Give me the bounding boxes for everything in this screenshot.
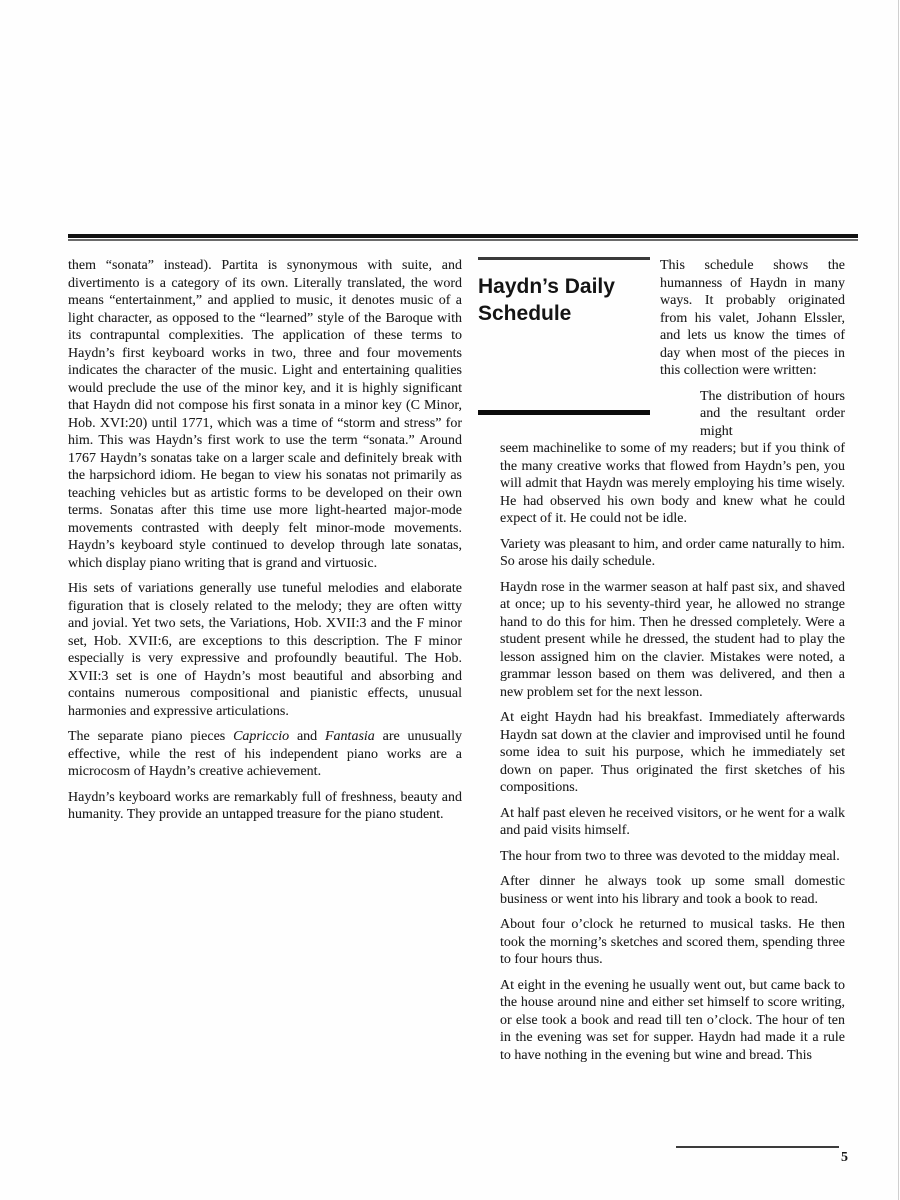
paragraph-keyboard-works: Haydn’s keyboard works are remarkably fu… xyxy=(68,789,462,824)
paragraph-evening: At eight in the evening he usually went … xyxy=(500,977,845,1065)
section-heading: Haydn’s Daily Schedule xyxy=(478,273,650,327)
paragraph-midday-meal: The hour from two to three was devoted t… xyxy=(500,848,845,866)
scan-edge-line xyxy=(898,0,899,1200)
paragraph-text: The separate piano pieces xyxy=(68,729,233,744)
paragraph-variety: Variety was pleasant to him, and order c… xyxy=(500,536,845,571)
scanned-book-page: them “sonata” instead). Partita is synon… xyxy=(0,0,900,1200)
quote-body: seem machinelike to some of my readers; … xyxy=(500,441,845,526)
paragraph-text: and xyxy=(289,729,325,744)
top-rule-thick xyxy=(68,234,858,238)
top-rule-thin xyxy=(68,239,858,241)
paragraph-visitors: At half past eleven he received visitors… xyxy=(500,805,845,840)
paragraph-separate-pieces: The separate piano pieces Capriccio and … xyxy=(68,728,462,781)
footer-rule xyxy=(676,1146,839,1148)
top-double-rule xyxy=(68,234,858,241)
two-column-text-area: them “sonata” instead). Partita is synon… xyxy=(68,257,846,1072)
paragraph-after-dinner: After dinner he always took up some smal… xyxy=(500,873,845,908)
work-title-capriccio: Capriccio xyxy=(233,729,289,744)
right-column: Haydn’s Daily Schedule This schedule sho… xyxy=(478,257,845,1072)
paragraph-breakfast: At eight Haydn had his breakfast. Immedi… xyxy=(500,709,845,797)
quote-opening: The distribution of hours and the result… xyxy=(700,388,845,441)
paragraph-sonata-terms: them “sonata” instead). Partita is synon… xyxy=(68,257,462,572)
schedule-heading-box: Haydn’s Daily Schedule xyxy=(478,257,650,415)
paragraph-four-oclock: About four o’clock he returned to musica… xyxy=(500,916,845,969)
work-title-fantasia: Fantasia xyxy=(325,729,375,744)
left-column: them “sonata” instead). Partita is synon… xyxy=(68,257,462,1072)
paragraph-rose: Haydn rose in the warmer season at half … xyxy=(500,579,845,702)
page-number: 5 xyxy=(818,1150,848,1166)
paragraph-variations: His sets of variations generally use tun… xyxy=(68,580,462,720)
